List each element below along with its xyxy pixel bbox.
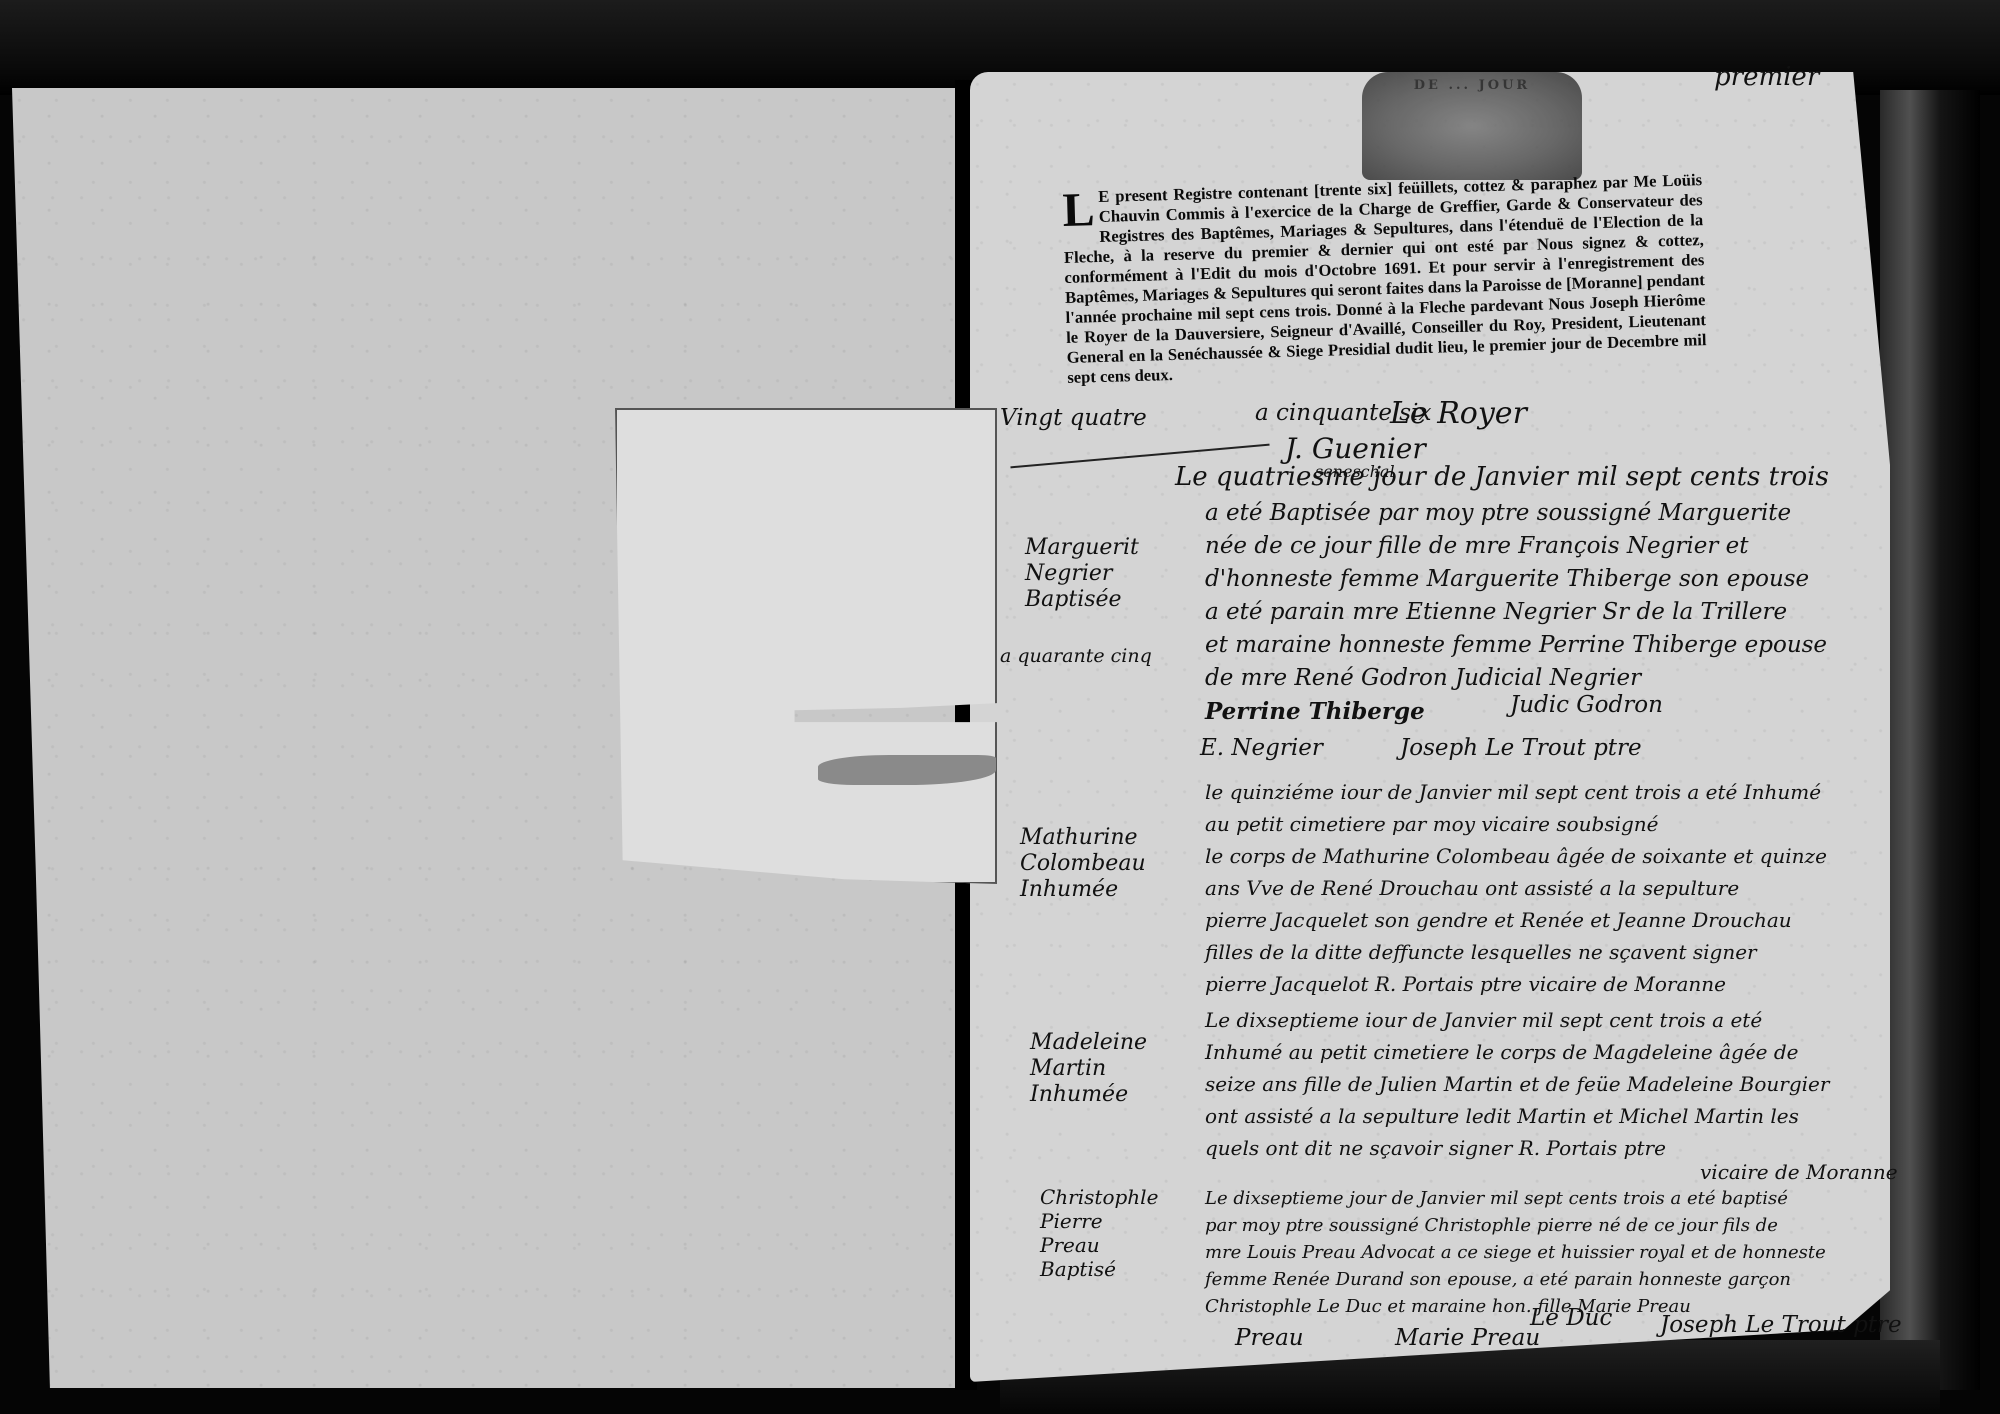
entry-1-line-7: de mre René Godron Judicial Negrier	[1205, 665, 1641, 691]
fee-signature: J. Guenier	[1285, 432, 1426, 465]
entry-1-signature-1: Perrine Thiberge	[1205, 698, 1425, 725]
entry-4-signature-1: Preau	[1235, 1325, 1304, 1351]
entry-1-signature-3: E. Negrier	[1200, 735, 1323, 761]
entry-1-line-4: d'honneste femme Marguerite Thiberge son…	[1205, 566, 1809, 592]
entry-1-margin-fee: a quarante cinq	[1000, 645, 1152, 667]
entry-1-signature-4: Joseph Le Trout ptre	[1400, 735, 1642, 761]
stamp-text: DE ... JOUR	[1414, 78, 1530, 93]
fee-note-left: Vingt quatre	[1000, 405, 1147, 431]
entry-3-line-2: Inhumé au petit cimetiere le corps de Ma…	[1205, 1040, 1799, 1064]
entry-3-line-6: vicaire de Moranne	[1700, 1160, 1898, 1184]
entry-4-margin: Christophle Pierre Preau Baptisé	[1040, 1185, 1158, 1281]
slip-tear	[818, 755, 996, 785]
entry-2-line-4: ans Vve de René Drouchau ont assisté a l…	[1205, 876, 1739, 900]
entry-4-line-2: par moy ptre soussigné Christophle pierr…	[1205, 1215, 1778, 1236]
entry-2-line-6: filles de la ditte deffuncte lesquelles …	[1205, 940, 1757, 964]
entry-4-line-5: Christophle Le Duc et maraine hon. fille…	[1205, 1296, 1691, 1317]
entry-1-line-5: a eté parain mre Etienne Negrier Sr de l…	[1205, 599, 1787, 625]
entry-4-signature-4: Joseph Le Trout ptre	[1660, 1312, 1902, 1338]
entry-1-line-1: Le quatriesme jour de Janvier mil sept c…	[1175, 462, 1829, 492]
entry-2-line-5: pierre Jacquelet son gendre et Renée et …	[1205, 908, 1792, 932]
page-edge-stack	[1880, 90, 1980, 1390]
entry-3-line-3: seize ans fille de Julien Martin et de f…	[1205, 1072, 1829, 1096]
entry-4-line-3: mre Louis Preau Advocat a ce siege et hu…	[1205, 1242, 1826, 1263]
entry-4-line-1: Le dixseptieme jour de Janvier mil sept …	[1205, 1188, 1788, 1209]
entry-2-line-1: le quinziéme iour de Janvier mil sept ce…	[1205, 780, 1821, 804]
fee-note-center: a cinquante six	[1255, 400, 1431, 426]
entry-2-line-3: le corps de Mathurine Colombeau âgée de …	[1205, 844, 1827, 868]
entry-3-margin: Madeleine Martin Inhumée	[1030, 1030, 1147, 1108]
tax-stamp: DE ... JOUR	[1362, 72, 1582, 180]
entry-1-signature-2: Judic Godron	[1510, 692, 1663, 718]
dropcap: L	[1062, 190, 1095, 231]
entry-1-margin: Marguerit Negrier Baptisée	[1025, 535, 1139, 613]
entry-3-line-1: Le dixseptieme iour de Janvier mil sept …	[1205, 1008, 1762, 1032]
entry-4-signature-3: Le Duc	[1530, 1305, 1612, 1331]
entry-4-signature-2: Marie Preau	[1395, 1325, 1540, 1351]
entry-1-line-2: a eté Baptisée par moy ptre soussigné Ma…	[1205, 500, 1791, 526]
pasted-paper-slip	[615, 408, 997, 884]
entry-2-line-2: au petit cimetiere par moy vicaire soubs…	[1205, 812, 1659, 836]
entry-2-margin: Mathurine Colombeau Inhumée	[1020, 825, 1146, 903]
printed-header-text: E present Registre contenant [trente six…	[1064, 170, 1707, 387]
entry-3-line-5: quels ont dit ne sçavoir signer R. Porta…	[1205, 1136, 1666, 1160]
entry-3-line-4: ont assisté a la sepulture ledit Martin …	[1205, 1104, 1799, 1128]
entry-4-line-4: femme Renée Durand son epouse, a eté par…	[1205, 1269, 1791, 1290]
printed-header: L E present Registre contenant [trente s…	[1062, 170, 1707, 388]
entry-1-line-3: née de ce jour fille de mre François Neg…	[1205, 533, 1749, 559]
entry-2-line-7: pierre Jacquelot R. Portais ptre vicaire…	[1205, 972, 1726, 996]
entry-1-line-6: et maraine honneste femme Perrine Thiber…	[1205, 632, 1827, 658]
folio-label: premier	[1714, 62, 1819, 92]
